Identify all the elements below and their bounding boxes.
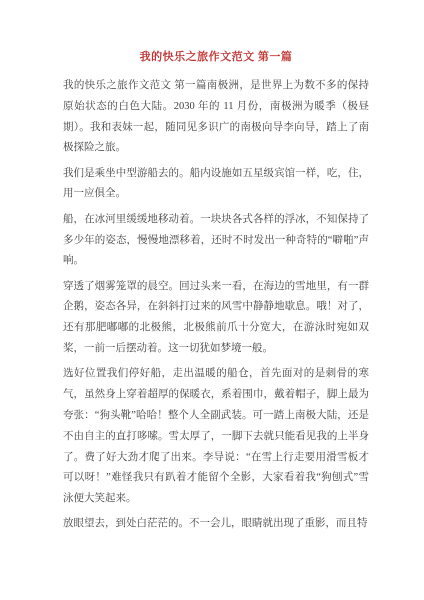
document-title: 我的快乐之旅作文范文 第一篇 [63, 49, 369, 65]
paragraph-4: 穿透了烟雾笼罩的晨空。回过头来一看，在海边的雪地里，有一群企鹅，姿态各异，在斜斜… [63, 277, 369, 360]
paragraph-2: 我们是乘坐中型游船去的。船内设施如五星级宾馆一样，吃，住，用一应俱全。 [63, 164, 369, 206]
paragraph-1: 我的快乐之旅作文范文 第一篇南极洲，是世界上为数不多的保持原始状态的白色大陆。2… [63, 76, 369, 159]
paragraph-3: 船，在冰河里缓缓地移动着。一块块各式各样的浮冰，不知保持了多少年的姿态，慢慢地漂… [63, 210, 369, 272]
document-page: 我的快乐之旅作文范文 第一篇 我的快乐之旅作文范文 第一篇南极洲，是世界上为数不… [0, 0, 424, 600]
paragraph-6: 放眼望去，到处白茫茫的。不一会儿，眼睛就出现了重影，而且特 [63, 514, 369, 535]
paragraph-5: 选好位置我们停好船，走出温暖的船仓，首先面对的是刺骨的寒气，虽然身上穿着超厚的保… [63, 364, 369, 510]
document-body: 我的快乐之旅作文范文 第一篇南极洲，是世界上为数不多的保持原始状态的白色大陆。2… [63, 76, 369, 535]
